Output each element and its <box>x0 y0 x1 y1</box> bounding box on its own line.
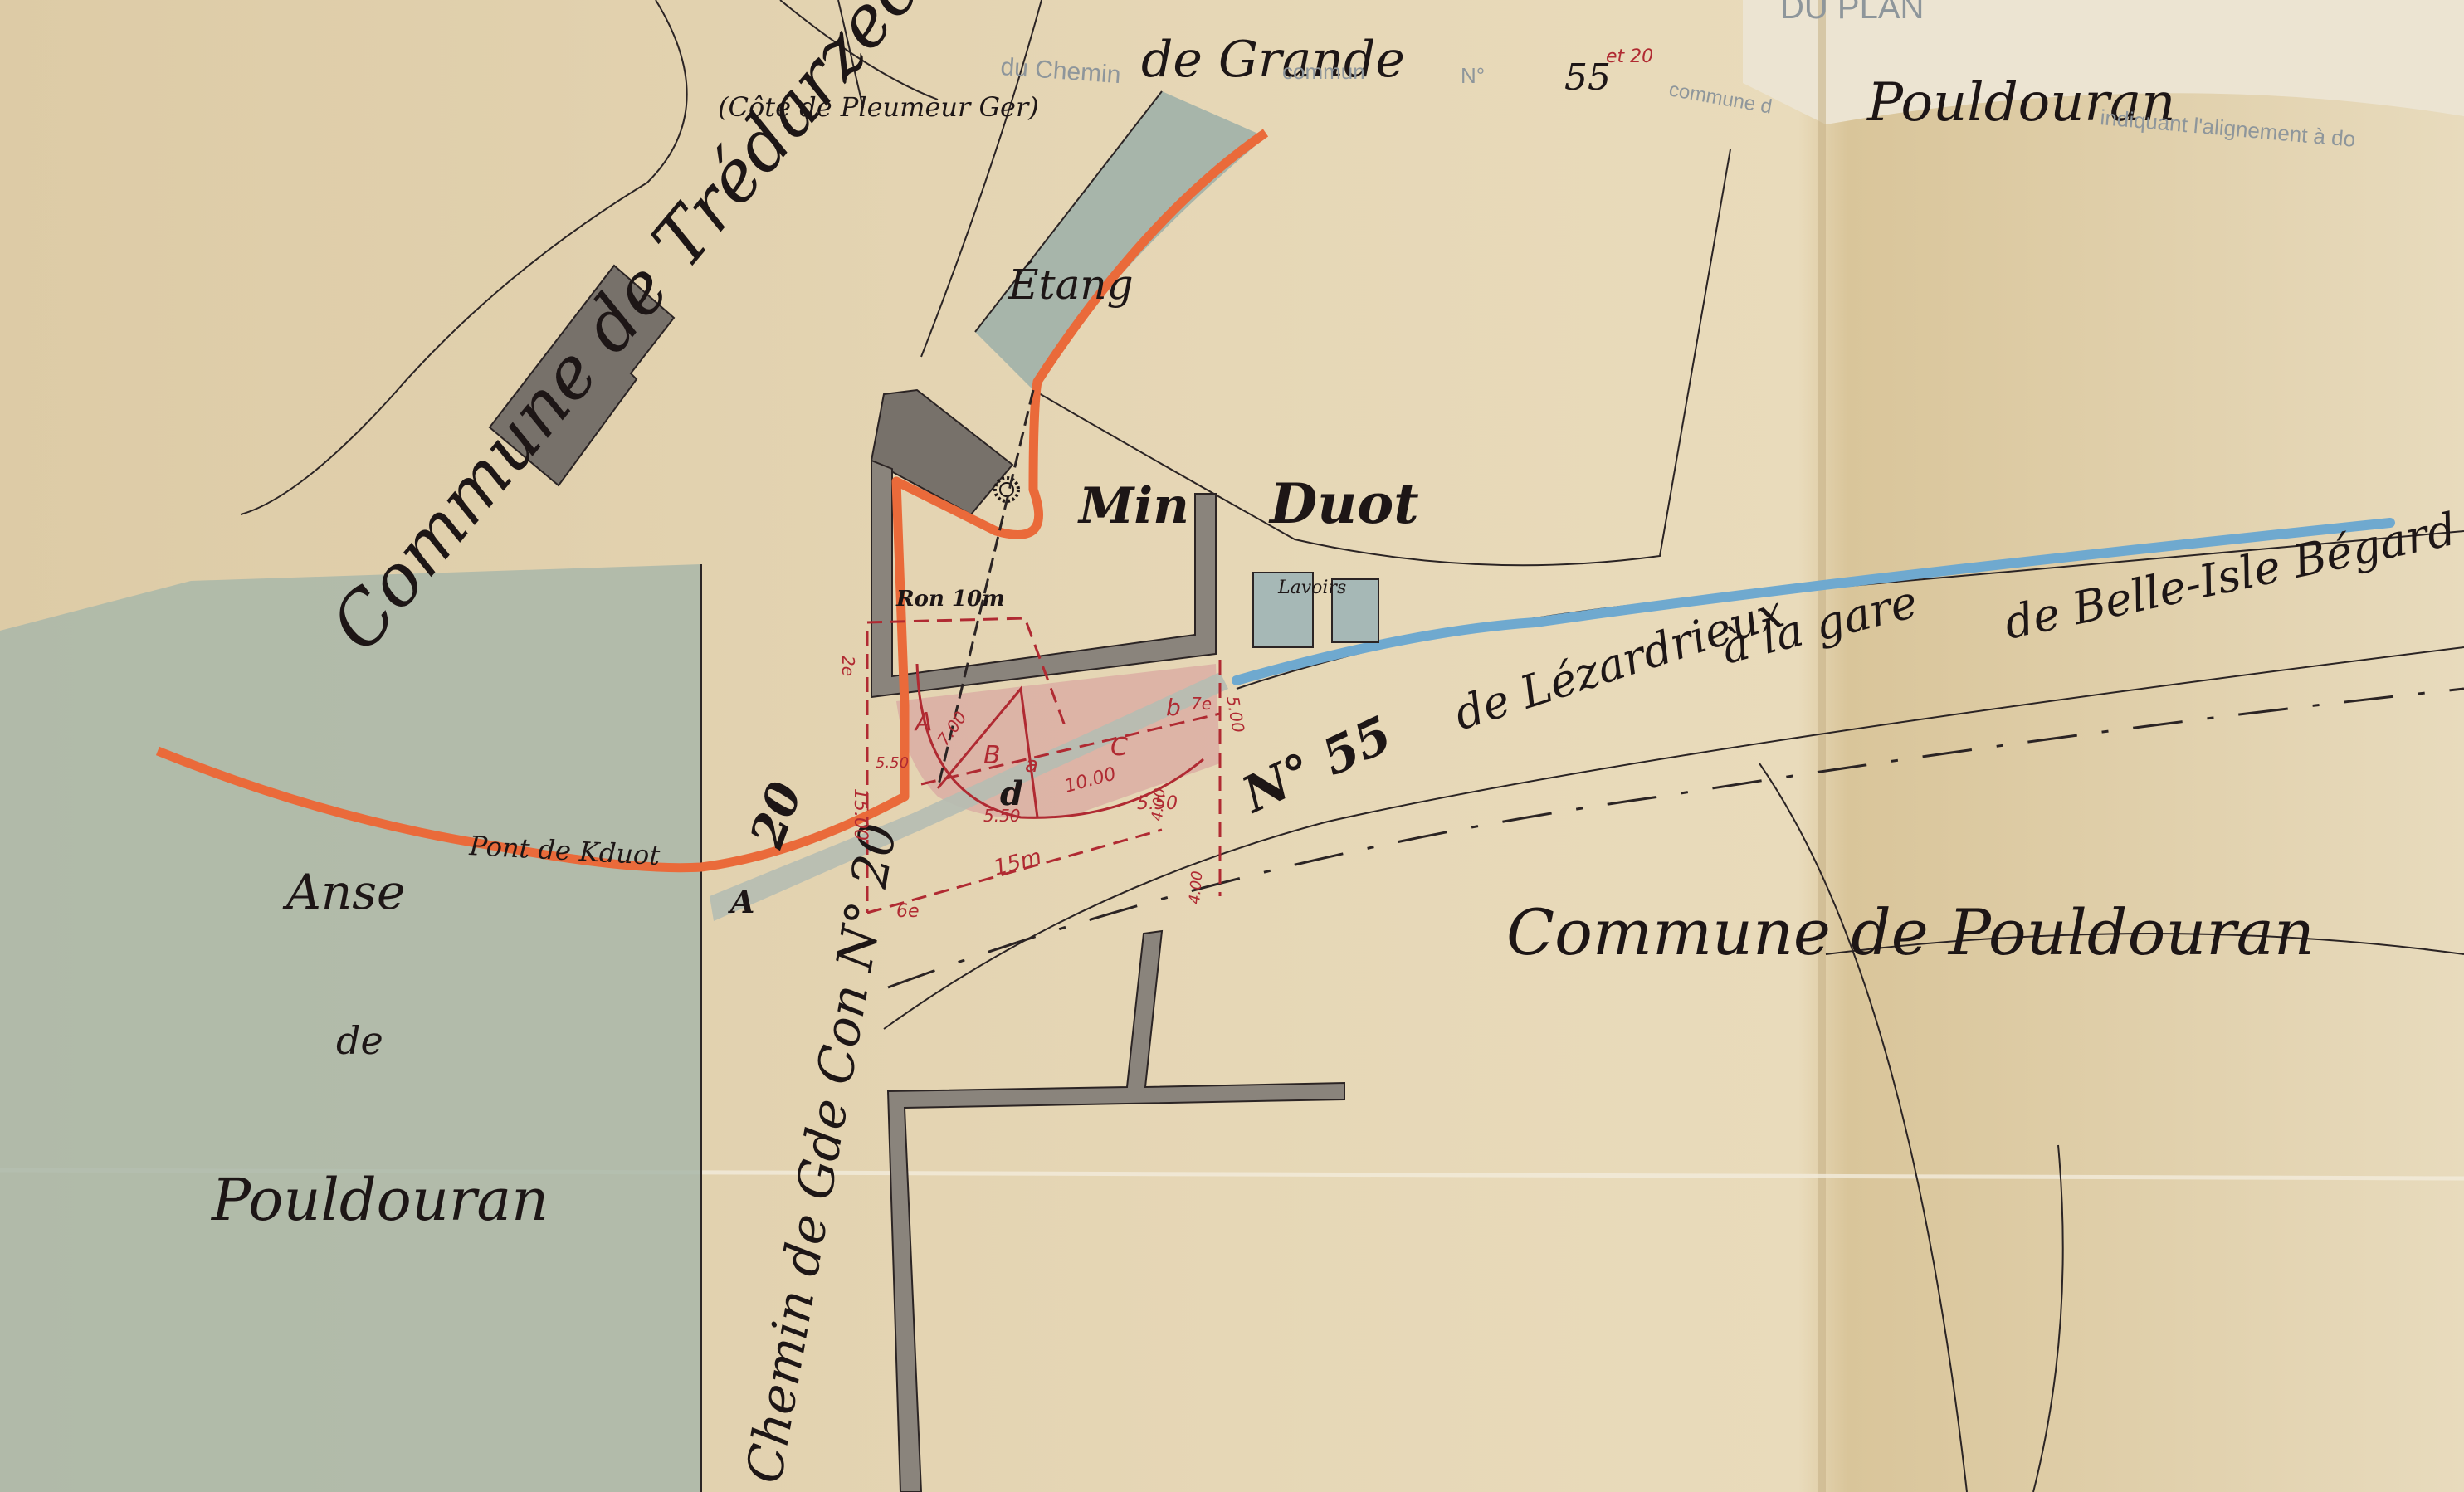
survey-dim-400-b: 4.00 <box>1186 870 1206 905</box>
header-number: 55 <box>1564 56 1611 99</box>
survey-dim-550-a: 5.50 <box>983 806 1021 826</box>
survey-letter-B: B <box>983 741 1001 770</box>
label-commune-pouldouran: Commune de Pouldouran <box>1506 895 2315 969</box>
label-etang: Étang <box>1008 260 1134 309</box>
cadastral-map: DU PLAN du Chemin de Grande commun N° 55… <box>0 0 2464 1492</box>
survey-letter-b: b <box>1166 694 1181 721</box>
survey-dim-1500: 15.00 <box>850 788 871 841</box>
header-number-suffix: et 20 <box>1606 46 1653 67</box>
survey-letter-C: C <box>1110 733 1128 762</box>
survey-dim-550-b: 5.50 <box>876 754 909 772</box>
survey-letter-A: A <box>914 708 933 737</box>
label-moulin: Min <box>1077 477 1189 535</box>
label-anse-1: Anse <box>282 864 405 920</box>
label-duot: Duot <box>1268 471 1419 536</box>
label-lavoirs: Lavoirs <box>1277 578 1346 598</box>
survey-dim-7e: 7e <box>1191 694 1212 714</box>
header-printed-2: commun <box>1282 59 1365 84</box>
survey-dim-6e: 6e <box>896 901 920 922</box>
survey-letter-a: a <box>1025 753 1038 778</box>
survey-dim-2e: 2e <box>838 656 858 676</box>
survey-dim-400-a: 4.00 <box>1149 787 1169 822</box>
label-point-a: A <box>728 883 754 920</box>
header-printed-no: N° <box>1461 63 1485 88</box>
header-handwritten-1: de Grande <box>1141 31 1405 89</box>
label-anse-2: de <box>336 1018 383 1063</box>
label-rayon: Ron 10m <box>895 587 1005 612</box>
header-top-fragment: DU PLAN <box>1780 0 1924 26</box>
label-anse-3: Pouldouran <box>210 1166 549 1234</box>
